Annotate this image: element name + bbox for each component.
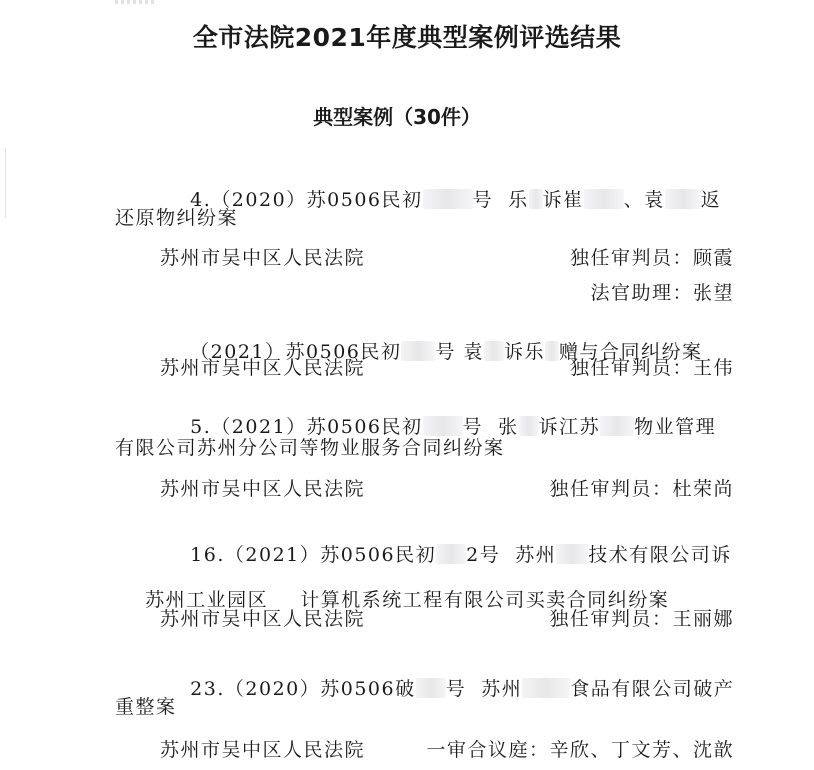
case-5-court: 苏州市吴中区人民法院 — [160, 474, 365, 501]
case-23-line-1: 23.（2020）苏0506破号 苏州食品有限公司破产 — [160, 652, 734, 723]
redaction — [529, 189, 543, 209]
cropped-header-fragment — [115, 0, 155, 4]
related-case-court: 苏州市吴中区人民法院 — [160, 353, 365, 380]
document-page: 全市法院2021年度典型案例评选结果 典型案例（30件） 4.（2020）苏05… — [0, 0, 814, 770]
redaction — [423, 189, 473, 209]
case-16-court: 苏州市吴中区人民法院 — [160, 604, 365, 631]
case-23-line-2: 重整案 — [115, 692, 177, 719]
case-23-court: 苏州市吴中区人民法院 — [160, 735, 365, 762]
redaction — [416, 678, 446, 698]
redaction — [519, 416, 539, 436]
redaction — [545, 341, 559, 361]
redaction — [522, 678, 570, 698]
redaction — [600, 416, 634, 436]
redaction — [401, 341, 435, 361]
case-4-court: 苏州市吴中区人民法院 — [160, 243, 365, 270]
section-subtitle: 典型案例（30件） — [0, 101, 804, 130]
case-5-judge: 独任审判员：杜荣尚 — [549, 474, 734, 501]
document-title: 全市法院2021年度典型案例评选结果 — [0, 18, 814, 54]
redaction — [665, 189, 701, 209]
case-5-line-2: 有限公司苏州分公司等物业服务合同纠纷案 — [115, 433, 505, 460]
page-edge-mark — [0, 148, 6, 218]
case-4-line-1: 4.（2020）苏0506民初号 乐诉崔、袁返 — [160, 163, 721, 234]
case-16-judge: 独任审判员：王丽娜 — [549, 604, 734, 631]
case-4-judge: 独任审判员：顾霞 — [570, 243, 734, 270]
case-4-assistant: 法官助理：张望 — [590, 278, 734, 305]
case-4-line-2: 还原物纠纷案 — [115, 203, 238, 230]
related-case-judge: 独任审判员：王伟 — [570, 353, 734, 380]
case-23-judge: 一审合议庭：辛欣、丁文芳、沈歆 — [426, 735, 734, 762]
redaction — [484, 341, 504, 361]
redaction — [556, 544, 588, 564]
redaction — [584, 189, 624, 209]
redaction — [436, 544, 466, 564]
